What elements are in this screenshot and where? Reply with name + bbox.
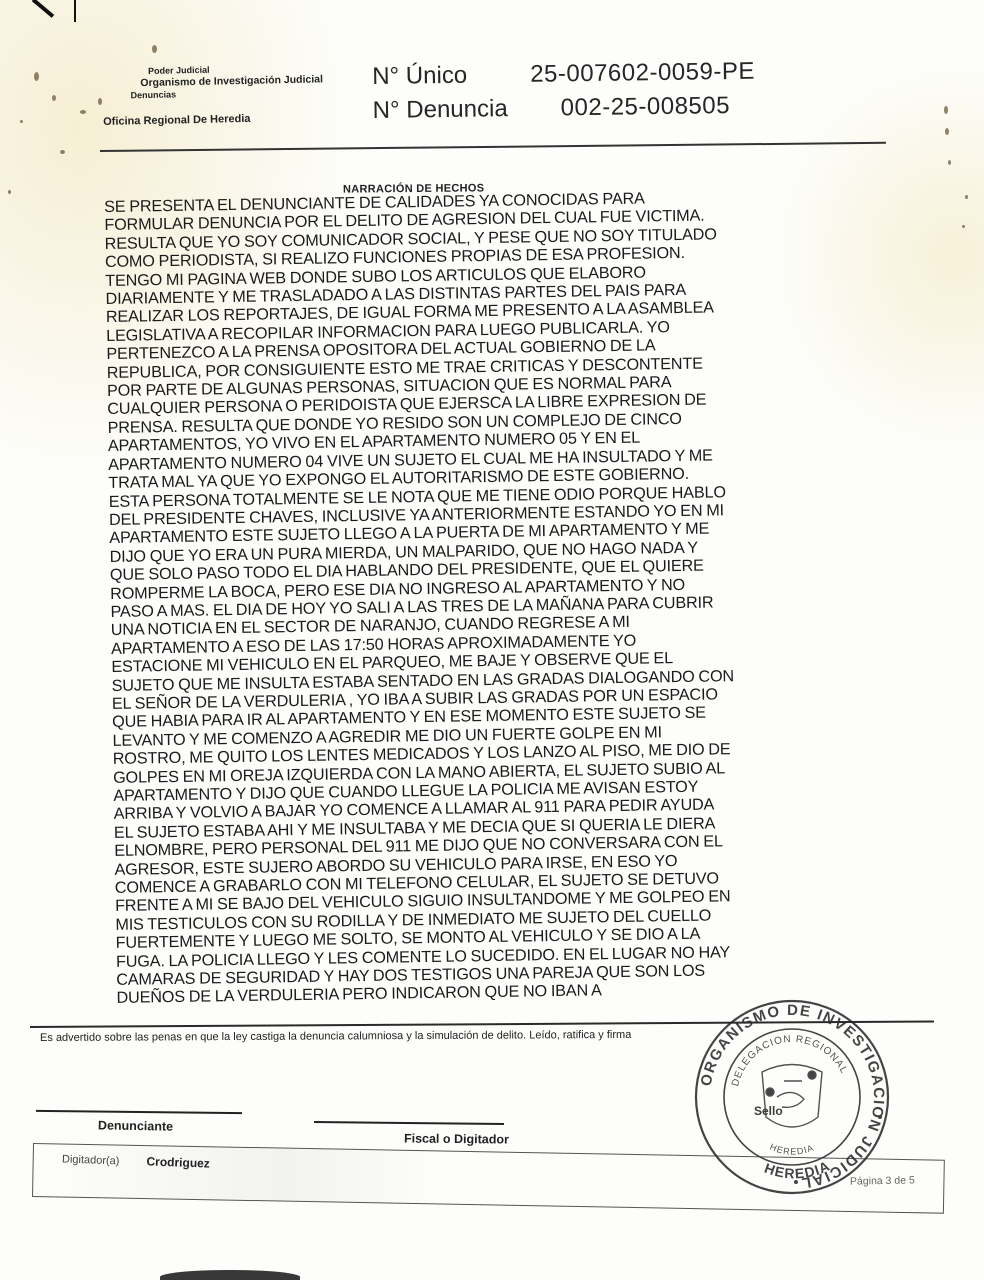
document-page: Poder Judicial Organismo de Investigació… — [0, 0, 984, 1280]
numero-unico-value: 25-007602-0059-PE — [530, 55, 755, 92]
corner-mark — [32, 0, 54, 18]
speck — [34, 72, 39, 81]
speck — [60, 150, 65, 154]
stamp-outer-text: ORGANISMO DE INVESTIGACION JUDICIAL — [698, 1002, 888, 1192]
narrative-body: SE PRESENTA EL DENUNCIANTE DE CALIDADES … — [104, 187, 797, 1007]
speck — [8, 190, 11, 194]
institution-header: Poder Judicial Organismo de Investigació… — [100, 61, 324, 128]
svg-text:ORGANISMO DE INVESTIGACION JUD: ORGANISMO DE INVESTIGACION JUDICIAL — [698, 1002, 888, 1192]
case-identifiers: N° Único 25-007602-0059-PE N° Denuncia 0… — [372, 55, 756, 128]
denunciante-signature-line — [36, 1110, 242, 1114]
corner-mark — [74, 0, 76, 22]
speck — [965, 195, 968, 199]
fiscal-signature-line — [314, 1121, 504, 1125]
speck — [948, 160, 951, 165]
numero-denuncia-value: 002-25-008505 — [560, 89, 730, 125]
legal-warning: Es advertido sobre las penas en que la l… — [40, 1029, 631, 1044]
stamp-inner-bottom-text: HEREDIA — [768, 1142, 815, 1157]
digitador-label: Digitador(a) — [62, 1153, 120, 1167]
photo-edge-shadow — [160, 1270, 300, 1280]
speck — [944, 106, 948, 114]
speck — [962, 225, 965, 228]
sello-label: Sello — [754, 1104, 783, 1118]
speck — [945, 128, 949, 135]
institution-line: Oficina Regional De Heredia — [101, 111, 324, 128]
fiscal-label: Fiscal o Digitador — [404, 1131, 509, 1146]
speck — [52, 95, 56, 101]
header-divider — [100, 142, 886, 152]
official-seal-stamp: ORGANISMO DE INVESTIGACION JUDICIAL HERE… — [692, 997, 892, 1197]
speck — [152, 45, 157, 53]
numero-denuncia-row: N° Denuncia 002-25-008505 — [372, 89, 755, 128]
speck — [80, 110, 86, 114]
numero-unico-label: N° Único — [372, 58, 530, 94]
svg-text:HEREDIA: HEREDIA — [768, 1142, 815, 1157]
denunciante-label: Denunciante — [98, 1118, 173, 1133]
numero-unico-row: N° Único 25-007602-0059-PE — [372, 55, 755, 94]
digitador-name: Crodriguez — [146, 1154, 210, 1170]
numero-denuncia-label: N° Denuncia — [372, 91, 560, 128]
speck — [20, 120, 23, 123]
